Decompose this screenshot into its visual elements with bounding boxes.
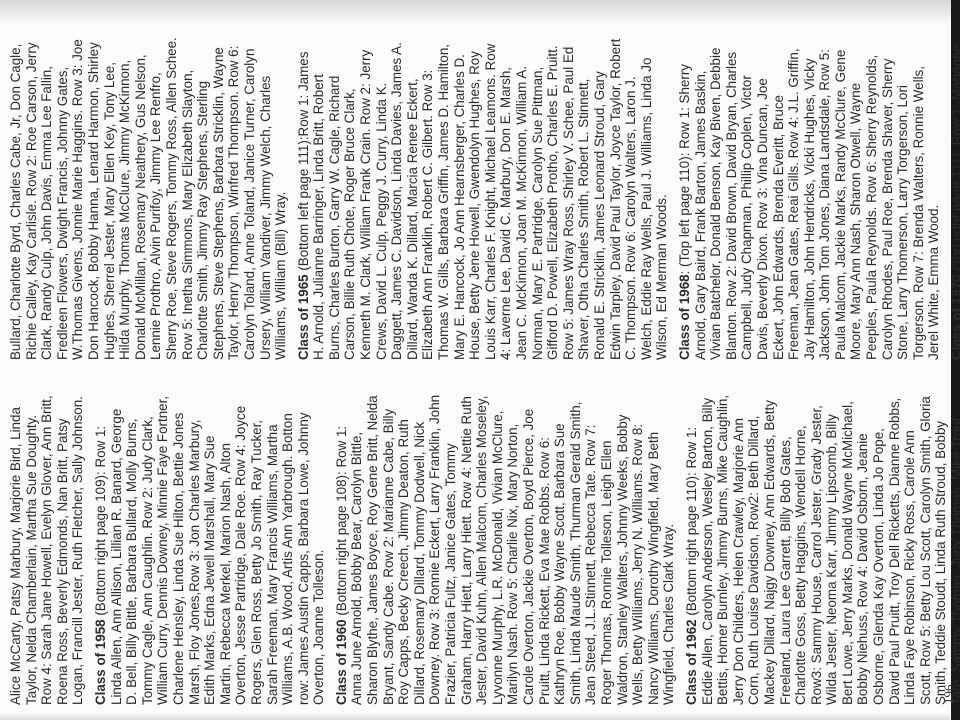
class-names: (Bottom left page 111):Row 1: James H. A…	[296, 39, 670, 360]
class-label: Class of 1968	[677, 274, 692, 360]
class-entry-1962: Class of 1962 (Bottom right page 110): R…	[684, 393, 960, 705]
class-entry-1960: Class of 1960 (Bottom right page 108): R…	[334, 393, 677, 705]
class-entry-1970: Class of 1970 (Top right page 111): Row …	[949, 35, 960, 360]
class-label: Class of 1960	[334, 619, 349, 705]
class-label: Class of 1958	[93, 619, 108, 705]
class-names: (Bottom right page 109): Row 1: Linda Al…	[93, 396, 326, 705]
class-label: Class of 1970	[949, 274, 960, 360]
class-entry-1968: Class of 1968: (Top left page 110): Row …	[677, 35, 942, 360]
class-names: Alice McCarty, Patsy Marbury, Marjorie B…	[8, 395, 85, 705]
class-entry-1965: Class of 1965 (Bottom left page 111):Row…	[296, 35, 670, 360]
class-label: Class of 1962	[684, 619, 699, 705]
class-names: (Bottom right page 110): Row 1: Eddie Al…	[684, 395, 960, 705]
class-label: Class of 1965	[296, 274, 311, 360]
class-names: (Bottom right page 108): Row 1: Anna Jun…	[334, 395, 676, 705]
class-names: Bullard, Charlotte Byrd, Charles Cabe, J…	[8, 37, 288, 360]
class-entry-continued: Bullard, Charlotte Byrd, Charles Cabe, J…	[8, 35, 289, 360]
class-entry-continued: Alice McCarty, Patsy Marbury, Marjorie B…	[8, 393, 86, 705]
right-column: Bullard, Charlotte Byrd, Charles Cabe, J…	[8, 35, 960, 360]
page-number: 196	[941, 685, 957, 705]
class-entry-1958: Class of 1958 (Bottom right page 109): R…	[93, 393, 327, 705]
class-names: : (Top left page 110): Row 1: Sherry Arn…	[677, 48, 942, 360]
yearbook-page: Alice McCarty, Patsy Marbury, Marjorie B…	[0, 0, 960, 720]
left-column: Alice McCarty, Patsy Marbury, Marjorie B…	[8, 393, 960, 705]
